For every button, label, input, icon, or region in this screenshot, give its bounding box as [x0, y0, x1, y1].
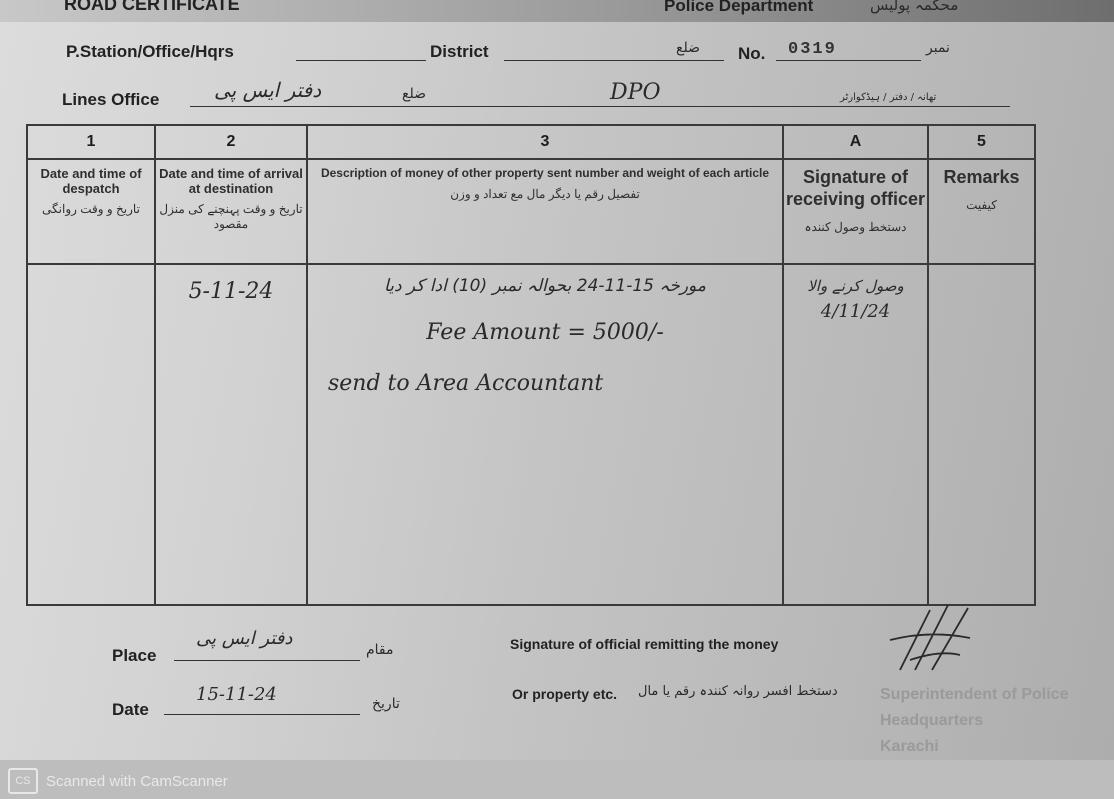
- stamp-line-2: Headquarters: [880, 712, 983, 730]
- description-line-1: مورخہ 15-11-24 بحوالہ نمبر (10) ادا کر د…: [308, 265, 782, 296]
- property-label: Or property etc.: [512, 686, 617, 702]
- header-description-en: Description of money of other property s…: [321, 166, 769, 180]
- cell-receiving-signature: وصول کرنے والا 4/11/24: [783, 264, 928, 605]
- column-number-5: 5: [928, 125, 1035, 159]
- cell-remarks: [928, 264, 1035, 605]
- column-number-3: 3: [307, 125, 783, 159]
- cell-despatch: [27, 264, 155, 605]
- property-urdu: دستخط افسر روانہ کنندہ رقم یا مال: [638, 684, 838, 699]
- number-urdu: نمبر: [926, 40, 950, 56]
- place-handwritten: دفتر ایس پی: [196, 628, 292, 649]
- place-urdu: مقام: [366, 642, 394, 658]
- watermark-text: Scanned with CamScanner: [46, 773, 228, 790]
- lines-right-urdu-print: تھانہ / دفتر / ہیڈکوارٹر: [840, 92, 936, 103]
- receiving-signature: وصول کرنے والا: [784, 265, 927, 295]
- remitting-signature-label: Signature of official remitting the mone…: [510, 636, 778, 652]
- header-description: Description of money of other property s…: [307, 159, 783, 264]
- department-urdu: محکمہ پولیس: [870, 0, 958, 14]
- place-field-line: [174, 660, 360, 661]
- date-label: Date: [112, 700, 149, 720]
- header-receiving-signature: Signature of receiving officer دستخط وصو…: [783, 159, 928, 264]
- station-field-line: [296, 60, 426, 61]
- entry-row: 5-11-24 مورخہ 15-11-24 بحوالہ نمبر (10) …: [27, 264, 1035, 605]
- header-arrival: Date and time of arrival at destination …: [155, 159, 307, 264]
- scanner-watermark: CS Scanned with CamScanner: [8, 768, 228, 794]
- header-receiving-en: Signature of receiving officer: [786, 167, 925, 209]
- district-urdu: ضلع: [676, 40, 700, 56]
- cell-arrival: 5-11-24: [155, 264, 307, 605]
- station-label: P.Station/Office/Hqrs: [66, 42, 234, 62]
- stamp-line-3: Karachi: [880, 738, 939, 756]
- header-despatch-ur: تاریخ و وقت روانگی: [28, 202, 154, 217]
- description-line-3: send to Area Accountant: [308, 371, 782, 396]
- column-number-4: A: [783, 125, 928, 159]
- scanned-document: ROAD CERTIFICATE Police Department محکمہ…: [0, 0, 1114, 760]
- lines-office-label: Lines Office: [62, 90, 159, 110]
- header-description-ur: تفصیل رقم یا دیگر مال مع تعداد و وزن: [308, 187, 782, 202]
- place-label: Place: [112, 646, 156, 666]
- header-despatch-en: Date and time of despatch: [40, 166, 141, 196]
- number-label: No.: [738, 44, 765, 64]
- official-signature: [870, 600, 990, 680]
- district-field-line: [504, 60, 724, 61]
- column-header-row: Date and time of despatch تاریخ و وقت رو…: [27, 159, 1035, 264]
- receiving-date: 4/11/24: [784, 301, 927, 322]
- description-line-2: Fee Amount = 5000/-: [308, 320, 782, 345]
- date-field-line: [164, 714, 360, 715]
- date-handwritten: 15-11-24: [196, 684, 277, 705]
- number-field-line: [776, 60, 921, 61]
- cell-description: مورخہ 15-11-24 بحوالہ نمبر (10) ادا کر د…: [307, 264, 783, 605]
- lines-middle-urdu: ضلع: [402, 86, 426, 102]
- column-number-row: 1 2 3 A 5: [27, 125, 1035, 159]
- header-remarks-ur: کیفیت: [929, 194, 1034, 216]
- lines-right-handwritten: DPO: [610, 80, 660, 105]
- district-label: District: [430, 42, 489, 62]
- date-urdu: تاریخ: [372, 696, 400, 712]
- header-despatch: Date and time of despatch تاریخ و وقت رو…: [27, 159, 155, 264]
- certificate-table: 1 2 3 A 5 Date and time of despatch تاری…: [26, 124, 1036, 606]
- document-title: ROAD CERTIFICATE: [64, 0, 240, 15]
- header-remarks: Remarks کیفیت: [928, 159, 1035, 264]
- arrival-date: 5-11-24: [156, 265, 306, 304]
- lines-office-handwritten: دفتر ایس پی: [214, 78, 321, 102]
- lines-office-field-line: [190, 106, 1010, 107]
- header-arrival-ur: تاریخ و وقت پہنچنے کی منزل مقصود: [156, 202, 306, 232]
- camscanner-icon: CS: [8, 768, 38, 794]
- column-number-1: 1: [27, 125, 155, 159]
- column-number-2: 2: [155, 125, 307, 159]
- stamp-line-1: Superintendent of Police: [880, 686, 1068, 704]
- header-arrival-en: Date and time of arrival at destination: [159, 166, 303, 196]
- header-receiving-ur: دستخط وصول کنندہ: [784, 216, 927, 238]
- department-label: Police Department: [664, 0, 813, 16]
- number-value: 0319: [788, 40, 837, 59]
- header-remarks-en: Remarks: [943, 167, 1019, 187]
